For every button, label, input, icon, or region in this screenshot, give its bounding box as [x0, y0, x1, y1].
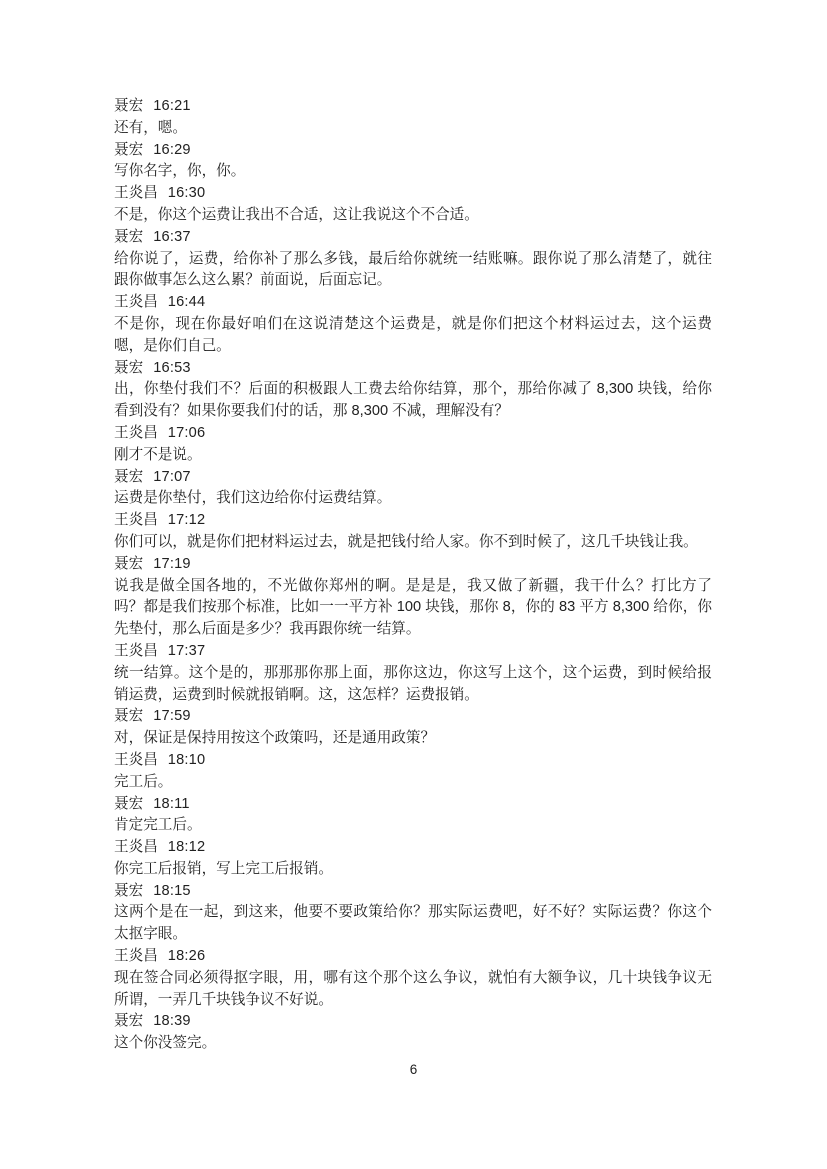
speaker-line: 聂宏18:39 — [114, 1011, 712, 1033]
speaker-line: 王炎昌17:37 — [114, 641, 712, 663]
timestamp: 16:30 — [168, 185, 206, 201]
transcript-message: 王炎昌16:44不是你，现在你最好咱们在这说清楚这个运费是，就是你们把这个材料运… — [114, 292, 712, 357]
speaker-line: 聂宏16:53 — [114, 358, 712, 380]
transcript-message: 聂宏16:21还有，嗯。 — [114, 96, 712, 140]
timestamp: 16:53 — [153, 360, 191, 376]
speaker-line: 王炎昌17:12 — [114, 510, 712, 532]
transcript-message: 聂宏16:53出，你垫付我们不？后面的积极跟人工费去给你结算，那个，那给你减了 … — [114, 358, 712, 423]
message-text: 运费是你垫付，我们这边给你付运费结算。 — [114, 488, 712, 510]
transcript-message: 王炎昌17:06刚才不是说。 — [114, 423, 712, 467]
transcript-message: 聂宏18:15这两个是在一起，到这来，他要不要政策给你？那实际运费吧，好不好？实… — [114, 881, 712, 946]
speaker-name: 王炎昌 — [114, 839, 158, 855]
transcript-message: 王炎昌16:30不是，你这个运费让我出不合适，这让我说这个不合适。 — [114, 183, 712, 227]
message-text: 出，你垫付我们不？后面的积极跟人工费去给你结算，那个，那给你减了 8,300 块… — [114, 379, 712, 423]
message-text: 还有，嗯。 — [114, 118, 712, 140]
transcript-message: 王炎昌18:12你完工后报销，写上完工后报销。 — [114, 837, 712, 881]
transcript-message: 聂宏16:29写你名字，你，你。 — [114, 140, 712, 184]
transcript-message: 王炎昌17:37统一结算。这个是的，那那那你那上面，那你这边，你这写上这个，这个… — [114, 641, 712, 706]
transcript-message: 聂宏17:59对，保证是保持用按这个政策吗，还是通用政策？ — [114, 706, 712, 750]
timestamp: 18:26 — [168, 948, 206, 964]
page-number: 6 — [0, 1061, 827, 1079]
speaker-name: 聂宏 — [114, 469, 143, 485]
speaker-name: 王炎昌 — [114, 425, 158, 441]
message-text: 给你说了，运费，给你补了那么多钱，最后给你就统一结账嘛。跟你说了那么清楚了，就往… — [114, 249, 712, 293]
timestamp: 18:15 — [153, 883, 191, 899]
message-text: 你们可以，就是你们把材料运过去，就是把钱付给人家。你不到时候了，这几千块钱让我。 — [114, 532, 712, 554]
message-text: 统一结算。这个是的，那那那你那上面，那你这边，你这写上这个，这个运费，到时候给报… — [114, 663, 712, 707]
timestamp: 18:39 — [153, 1013, 191, 1029]
timestamp: 16:21 — [153, 98, 191, 114]
message-text: 完工后。 — [114, 772, 712, 794]
message-text: 不是，你这个运费让我出不合适，这让我说这个不合适。 — [114, 205, 712, 227]
speaker-line: 聂宏16:37 — [114, 227, 712, 249]
timestamp: 18:12 — [168, 839, 206, 855]
speaker-name: 聂宏 — [114, 229, 143, 245]
speaker-name: 王炎昌 — [114, 643, 158, 659]
timestamp: 17:37 — [168, 643, 206, 659]
speaker-name: 王炎昌 — [114, 185, 158, 201]
message-text: 肯定完工后。 — [114, 815, 712, 837]
transcript-message: 王炎昌18:26现在签合同必须得抠字眼，用，哪有这个那个这么争议，就怕有大额争议… — [114, 946, 712, 1011]
speaker-line: 王炎昌17:06 — [114, 423, 712, 445]
speaker-line: 聂宏17:19 — [114, 554, 712, 576]
timestamp: 17:06 — [168, 425, 206, 441]
timestamp: 17:12 — [168, 512, 206, 528]
timestamp: 16:29 — [153, 142, 191, 158]
speaker-name: 聂宏 — [114, 796, 143, 812]
speaker-name: 聂宏 — [114, 883, 143, 899]
speaker-line: 王炎昌16:44 — [114, 292, 712, 314]
speaker-line: 聂宏17:59 — [114, 706, 712, 728]
speaker-line: 王炎昌16:30 — [114, 183, 712, 205]
transcript-message: 聂宏18:39这个你没签完。 — [114, 1011, 712, 1055]
speaker-name: 聂宏 — [114, 142, 143, 158]
message-text: 刚才不是说。 — [114, 445, 712, 467]
timestamp: 17:59 — [153, 708, 191, 724]
timestamp: 17:07 — [153, 469, 191, 485]
timestamp: 18:10 — [168, 752, 206, 768]
transcript: 聂宏16:21还有，嗯。聂宏16:29写你名字，你，你。王炎昌16:30不是，你… — [114, 96, 712, 1055]
message-text: 你完工后报销，写上完工后报销。 — [114, 859, 712, 881]
timestamp: 16:44 — [168, 294, 206, 310]
document-page: 聂宏16:21还有，嗯。聂宏16:29写你名字，你，你。王炎昌16:30不是，你… — [0, 0, 827, 1169]
speaker-line: 聂宏16:29 — [114, 140, 712, 162]
speaker-name: 王炎昌 — [114, 512, 158, 528]
message-text: 这两个是在一起，到这来，他要不要政策给你？那实际运费吧，好不好？实际运费？你这个… — [114, 902, 712, 946]
speaker-name: 王炎昌 — [114, 752, 158, 768]
timestamp: 18:11 — [153, 796, 189, 812]
speaker-line: 聂宏16:21 — [114, 96, 712, 118]
transcript-message: 聂宏16:37给你说了，运费，给你补了那么多钱，最后给你就统一结账嘛。跟你说了那… — [114, 227, 712, 292]
message-text: 说我是做全国各地的，不光做你郑州的啊。是是是，我又做了新疆，我干什么？打比方了吗… — [114, 576, 712, 641]
speaker-line: 聂宏18:11 — [114, 794, 712, 816]
speaker-name: 王炎昌 — [114, 294, 158, 310]
message-text: 现在签合同必须得抠字眼，用，哪有这个那个这么争议，就怕有大额争议，几十块钱争议无… — [114, 968, 712, 1012]
speaker-line: 王炎昌18:12 — [114, 837, 712, 859]
transcript-message: 王炎昌18:10完工后。 — [114, 750, 712, 794]
message-text: 写你名字，你，你。 — [114, 161, 712, 183]
speaker-name: 王炎昌 — [114, 948, 158, 964]
transcript-message: 王炎昌17:12你们可以，就是你们把材料运过去，就是把钱付给人家。你不到时候了，… — [114, 510, 712, 554]
speaker-name: 聂宏 — [114, 1013, 143, 1029]
speaker-name: 聂宏 — [114, 708, 143, 724]
message-text: 不是你，现在你最好咱们在这说清楚这个运费是，就是你们把这个材料运过去，这个运费嗯… — [114, 314, 712, 358]
speaker-line: 聂宏17:07 — [114, 467, 712, 489]
speaker-line: 王炎昌18:26 — [114, 946, 712, 968]
timestamp: 16:37 — [153, 229, 191, 245]
speaker-name: 聂宏 — [114, 360, 143, 376]
message-text: 这个你没签完。 — [114, 1033, 712, 1055]
transcript-message: 聂宏17:07运费是你垫付，我们这边给你付运费结算。 — [114, 467, 712, 511]
speaker-line: 聂宏18:15 — [114, 881, 712, 903]
speaker-name: 聂宏 — [114, 556, 143, 572]
speaker-name: 聂宏 — [114, 98, 143, 114]
timestamp: 17:19 — [153, 556, 191, 572]
message-text: 对，保证是保持用按这个政策吗，还是通用政策？ — [114, 728, 712, 750]
transcript-message: 聂宏18:11肯定完工后。 — [114, 794, 712, 838]
transcript-message: 聂宏17:19说我是做全国各地的，不光做你郑州的啊。是是是，我又做了新疆，我干什… — [114, 554, 712, 641]
speaker-line: 王炎昌18:10 — [114, 750, 712, 772]
